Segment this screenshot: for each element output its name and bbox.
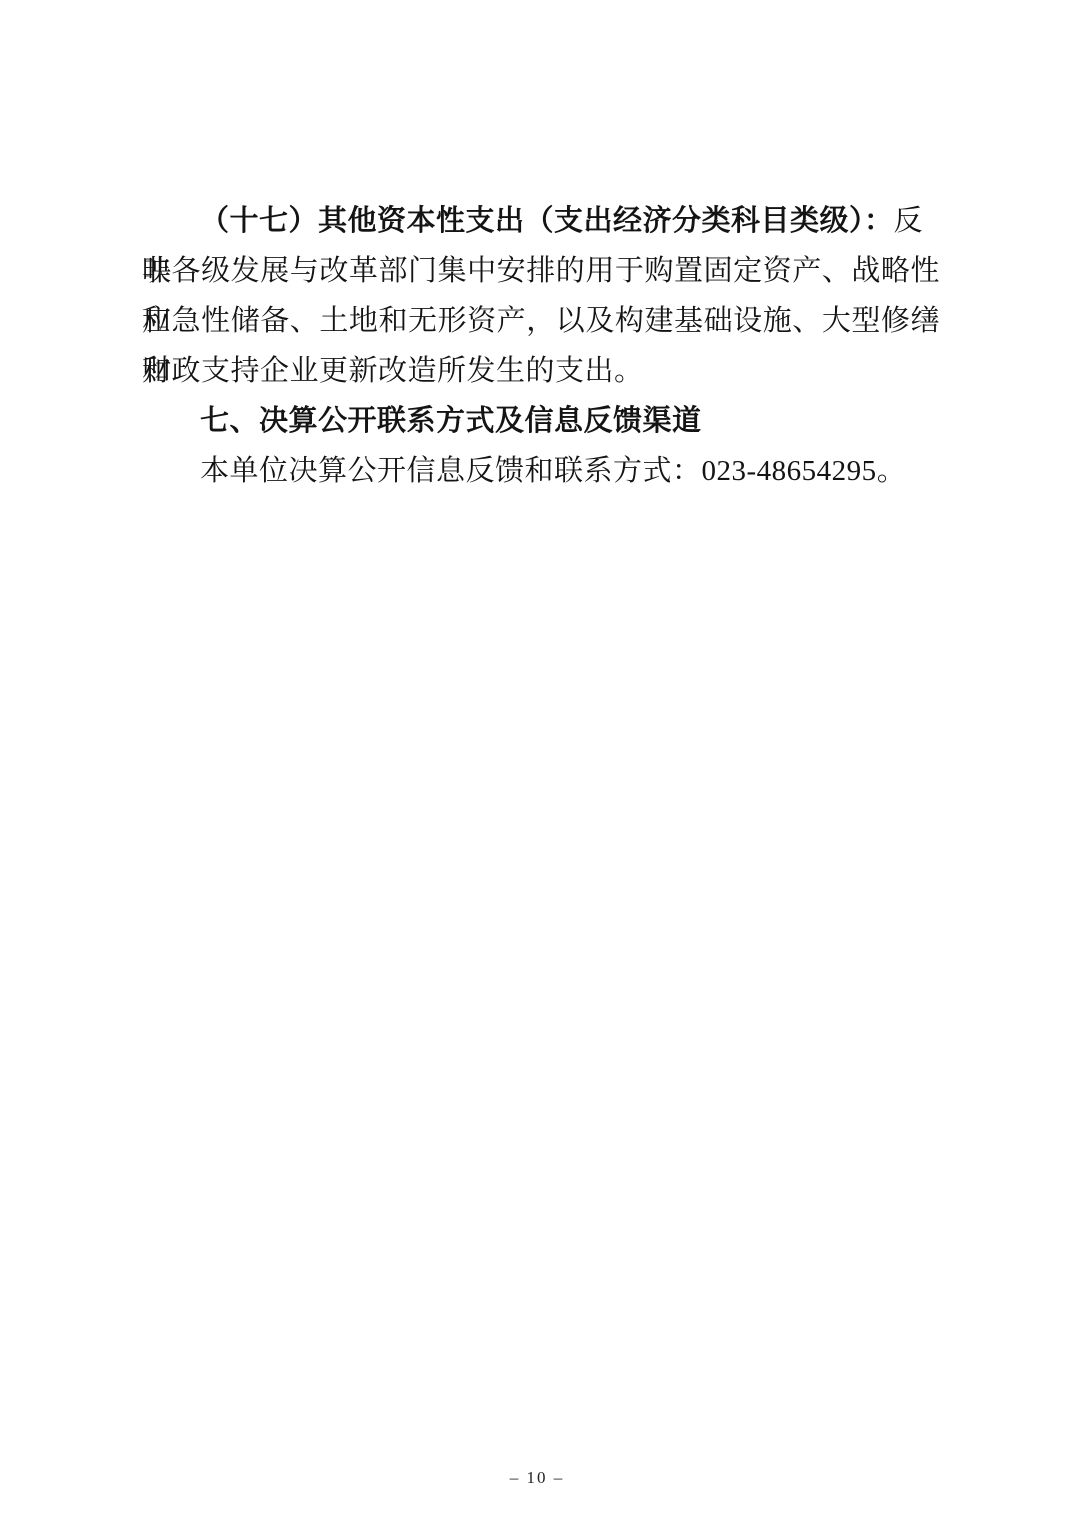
document-page: （十七）其他资本性支出（支出经济分类科目类级）：反映 非各级发展与改革部门集中安… xyxy=(0,0,1074,1520)
contact-phone-number: 023-48654295 xyxy=(702,455,877,487)
contact-period: 。 xyxy=(877,455,907,487)
paragraph2-line1: 本单位决算公开信息反馈和联系方式：023-48654295。 xyxy=(142,446,940,496)
paragraph1-line2: 非各级发展与改革部门集中安排的用于购置固定资产、战略性和 xyxy=(142,246,940,296)
paragraph1-lead-bold: （十七）其他资本性支出（支出经济分类科目类级）： xyxy=(200,205,894,237)
contact-label: 本单位决算公开信息反馈和联系方式： xyxy=(200,455,702,487)
paragraph1-line3: 应急性储备、土地和无形资产，以及构建基础设施、大型修缮和 xyxy=(142,296,940,346)
page-number: – 10 – xyxy=(0,1468,1074,1488)
paragraph1-line4: 财政支持企业更新改造所发生的支出。 xyxy=(142,346,940,396)
document-body: （十七）其他资本性支出（支出经济分类科目类级）：反映 非各级发展与改革部门集中安… xyxy=(142,196,940,496)
section-heading: 七、决算公开联系方式及信息反馈渠道 xyxy=(142,396,940,446)
paragraph1-line1: （十七）其他资本性支出（支出经济分类科目类级）：反映 xyxy=(142,196,940,246)
